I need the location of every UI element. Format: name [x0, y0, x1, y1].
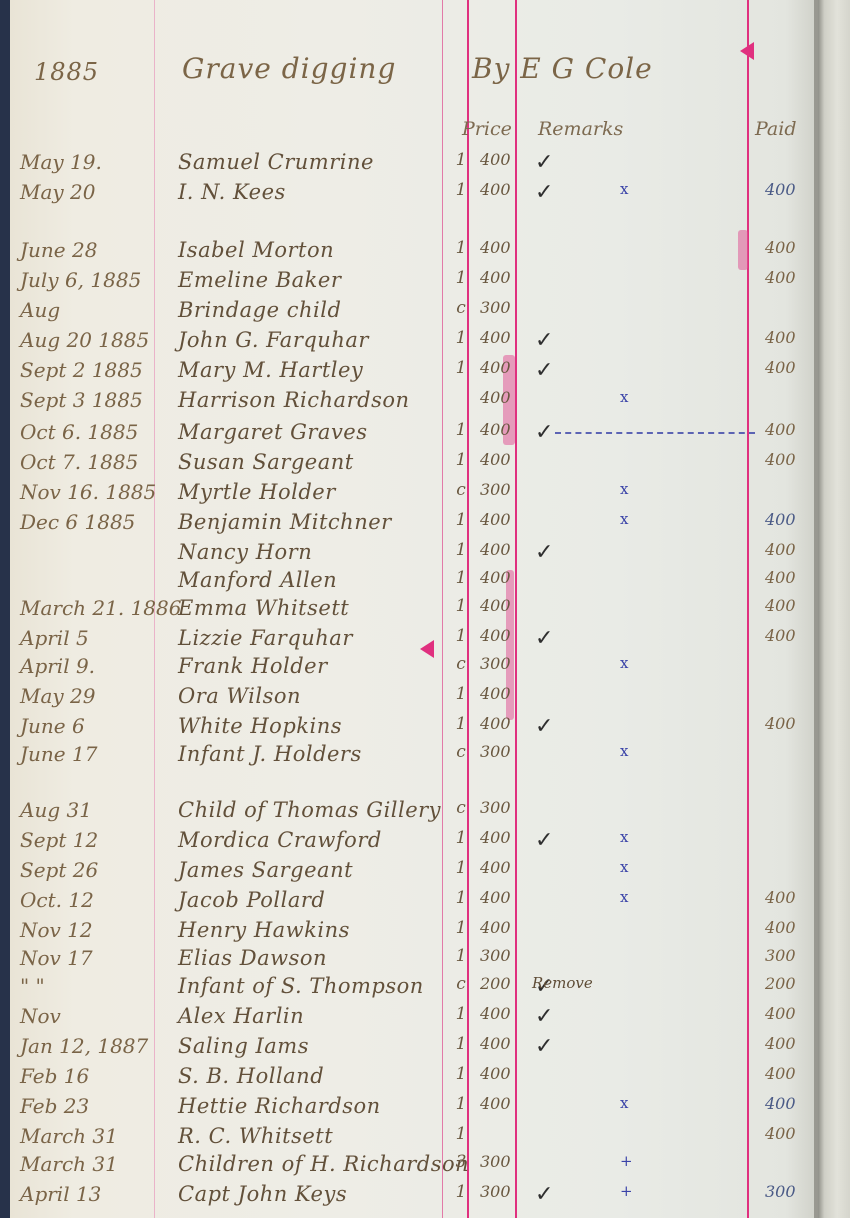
entry-qty: 1: [451, 420, 471, 440]
entry-qty: 1: [451, 1004, 471, 1024]
entry-paid: 400: [765, 568, 796, 587]
entry-name: Manford Allen: [178, 568, 337, 592]
entry-paid: 400: [765, 238, 796, 257]
entry-qty: 1: [451, 180, 471, 200]
entry-date: Nov 17: [20, 946, 93, 970]
entry-date: March 31: [20, 1124, 118, 1148]
entry-price: 300: [480, 798, 511, 817]
check-mark: ✓: [535, 540, 553, 565]
entry-price: 400: [480, 388, 511, 407]
entry-date: Nov 16. 1885: [20, 480, 156, 504]
check-mark: ✓: [535, 328, 553, 353]
entry-qty: 1: [451, 450, 471, 470]
entry-price: 400: [480, 1004, 511, 1023]
entry-paid: 400: [765, 1064, 796, 1083]
ledger-row: Oct. 12Jacob Pollard1400x400: [10, 888, 818, 918]
entry-qty: 1: [451, 1064, 471, 1084]
entry-paid: 400: [765, 596, 796, 615]
entry-price: 400: [480, 510, 511, 529]
x-mark: x: [620, 1094, 628, 1112]
ledger-row: Aug 31Child of Thomas Gilleryc300: [10, 798, 818, 828]
entry-name: Ora Wilson: [178, 684, 301, 708]
entry-date: Dec 6 1885: [20, 510, 135, 534]
ledger-row: March 31Children of H. Richardson3300+: [10, 1152, 818, 1182]
entry-date: Sept 26: [20, 858, 98, 882]
x-mark: +: [620, 1182, 633, 1200]
entry-name: Lizzie Farquhar: [178, 626, 353, 650]
entry-qty: c: [451, 298, 471, 318]
entry-date: Nov 12: [20, 918, 93, 942]
entry-date: June 6: [20, 714, 85, 738]
entry-date: Nov: [20, 1004, 61, 1028]
entry-price: 400: [480, 540, 511, 559]
entry-name: Henry Hawkins: [178, 918, 350, 942]
entry-date: Aug: [20, 298, 60, 322]
ledger-row: Dec 6 1885Benjamin Mitchner1400x400: [10, 510, 818, 540]
entry-price: 400: [480, 150, 511, 169]
entry-name: Samuel Crumrine: [178, 150, 374, 174]
entry-qty: 1: [451, 714, 471, 734]
entry-paid: 300: [765, 946, 796, 965]
entry-name: Elias Dawson: [178, 946, 327, 970]
ledger-row: May 29Ora Wilson1400: [10, 684, 818, 714]
check-mark: ✓: [535, 714, 553, 739]
ink-flag-mark: [740, 42, 754, 60]
entry-price: 400: [480, 858, 511, 877]
ledger-row: Oct 6. 1885Margaret Graves1400✓400: [10, 420, 818, 450]
x-mark: x: [620, 654, 628, 672]
entry-qty: 1: [451, 1094, 471, 1114]
entry-price: 400: [480, 888, 511, 907]
entry-name: Brindage child: [178, 298, 341, 322]
x-mark: x: [620, 888, 628, 906]
entry-qty: 1: [451, 684, 471, 704]
entry-price: 400: [480, 1034, 511, 1053]
check-mark: ✓: [535, 626, 553, 651]
entry-qty: c: [451, 742, 471, 762]
entry-date: Sept 3 1885: [20, 388, 143, 412]
entry-name: S. B. Holland: [178, 1064, 324, 1088]
entry-qty: 1: [451, 540, 471, 560]
ledger-row: Nancy Horn1400✓400: [10, 540, 818, 570]
entry-name: Saling Iams: [178, 1034, 309, 1058]
entry-name: Mordica Crawford: [178, 828, 382, 852]
entry-date: April 9.: [20, 654, 95, 678]
entry-name: R. C. Whitsett: [178, 1124, 333, 1148]
entry-name: Frank Holder: [178, 654, 328, 678]
entry-price: 400: [480, 714, 511, 733]
entry-date: Feb 23: [20, 1094, 89, 1118]
x-mark: x: [620, 510, 628, 528]
entry-remark: Remove: [532, 974, 593, 992]
ledger-year: 1885: [34, 58, 99, 86]
ledger-row: Sept 2 1885Mary M. Hartley1400✓400: [10, 358, 818, 388]
ledger-title: Grave digging: [182, 52, 396, 85]
entry-qty: 1: [451, 510, 471, 530]
x-mark: x: [620, 480, 628, 498]
entry-price: 400: [480, 450, 511, 469]
entry-date: Aug 20 1885: [20, 328, 149, 352]
entry-paid: 400: [765, 888, 796, 907]
entry-date: Oct. 12: [20, 888, 94, 912]
entry-name: Child of Thomas Gillery: [178, 798, 441, 822]
entry-paid: 400: [765, 328, 796, 347]
ledger-row: Nov 12Henry Hawkins1400400: [10, 918, 818, 948]
entry-qty: 1: [451, 1034, 471, 1054]
entry-name: Myrtle Holder: [178, 480, 336, 504]
entry-price: 400: [480, 180, 511, 199]
price-header: Price: [462, 118, 512, 140]
entry-name: Hettie Richardson: [178, 1094, 381, 1118]
entry-price: 300: [480, 946, 511, 965]
entry-qty: c: [451, 654, 471, 674]
entry-qty: 1: [451, 328, 471, 348]
entry-price: 400: [480, 328, 511, 347]
entry-paid: 400: [765, 1034, 796, 1053]
ledger-row: Oct 7. 1885Susan Sargeant1400400: [10, 450, 818, 480]
ledger-row: June 28Isabel Morton1400400: [10, 238, 818, 268]
entry-name: James Sargeant: [178, 858, 353, 882]
entry-price: 300: [480, 480, 511, 499]
entry-paid: 400: [765, 540, 796, 559]
x-mark: x: [620, 388, 628, 406]
entry-price: 300: [480, 654, 511, 673]
entry-price: 400: [480, 684, 511, 703]
ledger-row: June 17Infant J. Holdersc300x: [10, 742, 818, 772]
entry-price: 300: [480, 298, 511, 317]
entry-price: 400: [480, 918, 511, 937]
paid-header: Paid: [755, 118, 797, 140]
remarks-header: Remarks: [538, 118, 623, 140]
entry-qty: 1: [451, 858, 471, 878]
check-mark: ✓: [535, 358, 553, 383]
entry-date: Aug 31: [20, 798, 92, 822]
entry-qty: 1: [451, 150, 471, 170]
entry-date: June 28: [20, 238, 97, 262]
entry-price: 400: [480, 626, 511, 645]
entry-qty: 1: [451, 358, 471, 378]
entry-name: Nancy Horn: [178, 540, 312, 564]
entry-qty: 1: [451, 1124, 471, 1144]
entry-date: Sept 12: [20, 828, 98, 852]
entry-qty: 1: [451, 268, 471, 288]
entry-name: Capt John Keys: [178, 1182, 347, 1206]
entry-price: 400: [480, 358, 511, 377]
entry-qty: c: [451, 974, 471, 994]
ledger-row: Feb 16S. B. Holland1400400: [10, 1064, 818, 1094]
entry-qty: 1: [451, 888, 471, 908]
entry-name: Infant of S. Thompson: [178, 974, 424, 998]
entry-price: 400: [480, 828, 511, 847]
entry-name: Alex Harlin: [178, 1004, 304, 1028]
entry-name: Margaret Graves: [178, 420, 368, 444]
entry-qty: 1: [451, 1182, 471, 1202]
entry-qty: 1: [451, 238, 471, 258]
ledger-row: May 19.Samuel Crumrine1400✓: [10, 150, 818, 180]
ledger-row: July 6, 1885Emeline Baker1400400: [10, 268, 818, 298]
check-mark: ✓: [535, 180, 553, 205]
entry-name: Isabel Morton: [178, 238, 334, 262]
ledger-row: June 6White Hopkins1400✓400: [10, 714, 818, 744]
entry-date: July 6, 1885: [20, 268, 141, 292]
entry-date: Oct 7. 1885: [20, 450, 138, 474]
entry-date: April 13: [20, 1182, 101, 1206]
entry-date: May 29: [20, 684, 96, 708]
entry-name: Susan Sargeant: [178, 450, 354, 474]
entry-price: 300: [480, 1152, 511, 1171]
ledger-page: 1885 Grave digging By E G Cole Price Rem…: [10, 0, 818, 1218]
entry-name: Jacob Pollard: [178, 888, 325, 912]
ledger-author: By E G Cole: [472, 52, 653, 85]
check-mark: ✓: [535, 420, 553, 445]
entry-name: Benjamin Mitchner: [178, 510, 392, 534]
entry-qty: 1: [451, 626, 471, 646]
entry-name: Harrison Richardson: [178, 388, 410, 412]
entry-qty: 1: [451, 568, 471, 588]
entry-paid: 300: [765, 1182, 796, 1201]
x-mark: x: [620, 742, 628, 760]
entry-name: Children of H. Richardson: [178, 1152, 469, 1176]
entry-paid: 400: [765, 510, 796, 529]
ledger-row: Nov 17Elias Dawson1300300: [10, 946, 818, 976]
entry-price: 300: [480, 742, 511, 761]
ledger-row: " "Infant of S. Thompsonc200✓Remove200: [10, 974, 818, 1004]
entry-paid: 400: [765, 450, 796, 469]
ledger-row: May 20I. N. Kees1400✓x400: [10, 180, 818, 210]
ledger-row: Jan 12, 1887Saling Iams1400✓400: [10, 1034, 818, 1064]
ledger-row: April 5Lizzie Farquhar1400✓400: [10, 626, 818, 656]
entry-name: Emeline Baker: [178, 268, 341, 292]
check-mark: ✓: [535, 828, 553, 853]
entry-paid: 400: [765, 420, 796, 439]
check-mark: ✓: [535, 150, 553, 175]
check-mark: ✓: [535, 1004, 553, 1029]
entry-date: " ": [20, 974, 45, 998]
entry-qty: 3: [451, 1152, 471, 1172]
entry-price: 400: [480, 568, 511, 587]
entry-name: Mary M. Hartley: [178, 358, 363, 382]
ledger-row: March 31R. C. Whitsett1400: [10, 1124, 818, 1154]
entry-paid: 400: [765, 180, 796, 199]
entry-date: June 17: [20, 742, 97, 766]
entry-paid: 400: [765, 1124, 796, 1143]
entry-qty: 1: [451, 946, 471, 966]
entry-name: Emma Whitsett: [178, 596, 349, 620]
entry-qty: 1: [451, 918, 471, 938]
ledger-row: Sept 26James Sargeant1400x: [10, 858, 818, 888]
ledger-row: Feb 23Hettie Richardson1400x400: [10, 1094, 818, 1124]
entry-price: 400: [480, 1094, 511, 1113]
entry-date: Oct 6. 1885: [20, 420, 138, 444]
x-mark: x: [620, 828, 628, 846]
entry-date: April 5: [20, 626, 89, 650]
entry-qty: c: [451, 480, 471, 500]
ledger-row: March 21. 1886Emma Whitsett1400400: [10, 596, 818, 626]
entry-date: May 19.: [20, 150, 102, 174]
entry-price: 200: [480, 974, 511, 993]
entry-date: Feb 16: [20, 1064, 89, 1088]
entry-date: March 21. 1886: [20, 596, 181, 620]
entry-name: Infant J. Holders: [178, 742, 362, 766]
entry-qty: c: [451, 798, 471, 818]
entry-date: May 20: [20, 180, 96, 204]
entry-name: John G. Farquhar: [178, 328, 369, 352]
ledger-row: AugBrindage childc300: [10, 298, 818, 328]
ledger-row: Sept 12Mordica Crawford1400✓x: [10, 828, 818, 858]
entry-qty: 1: [451, 828, 471, 848]
entry-paid: 400: [765, 714, 796, 733]
entry-paid: 400: [765, 358, 796, 377]
ledger-row: Sept 3 1885Harrison Richardson400x: [10, 388, 818, 418]
ledger-row: Nov 16. 1885Myrtle Holderc300x: [10, 480, 818, 510]
entry-paid: 400: [765, 918, 796, 937]
entry-name: I. N. Kees: [178, 180, 286, 204]
ledger-row: NovAlex Harlin1400✓400: [10, 1004, 818, 1034]
next-page-edge: [818, 0, 850, 1218]
entry-name: White Hopkins: [178, 714, 342, 738]
check-mark: ✓: [535, 1034, 553, 1059]
entry-qty: 1: [451, 596, 471, 616]
entry-price: 400: [480, 596, 511, 615]
entry-price: 300: [480, 1182, 511, 1201]
entry-price: 400: [480, 268, 511, 287]
entry-paid: 400: [765, 268, 796, 287]
entry-paid: 200: [765, 974, 796, 993]
entry-paid: 400: [765, 1094, 796, 1113]
entry-date: March 31: [20, 1152, 118, 1176]
ledger-row: Manford Allen1400400: [10, 568, 818, 598]
ledger-row: Aug 20 1885John G. Farquhar1400✓400: [10, 328, 818, 358]
entry-date: Jan 12, 1887: [20, 1034, 148, 1058]
entry-price: 400: [480, 420, 511, 439]
x-mark: x: [620, 858, 628, 876]
ledger-row: April 13Capt John Keys1300✓+300: [10, 1182, 818, 1212]
entry-date: Sept 2 1885: [20, 358, 143, 382]
entry-paid: 400: [765, 1004, 796, 1023]
entry-price: 400: [480, 238, 511, 257]
x-mark: x: [620, 180, 628, 198]
entry-paid: 400: [765, 626, 796, 645]
ledger-row: April 9.Frank Holderc300x: [10, 654, 818, 684]
entry-price: 400: [480, 1064, 511, 1083]
x-mark: +: [620, 1152, 633, 1170]
check-mark: ✓: [535, 1182, 553, 1207]
